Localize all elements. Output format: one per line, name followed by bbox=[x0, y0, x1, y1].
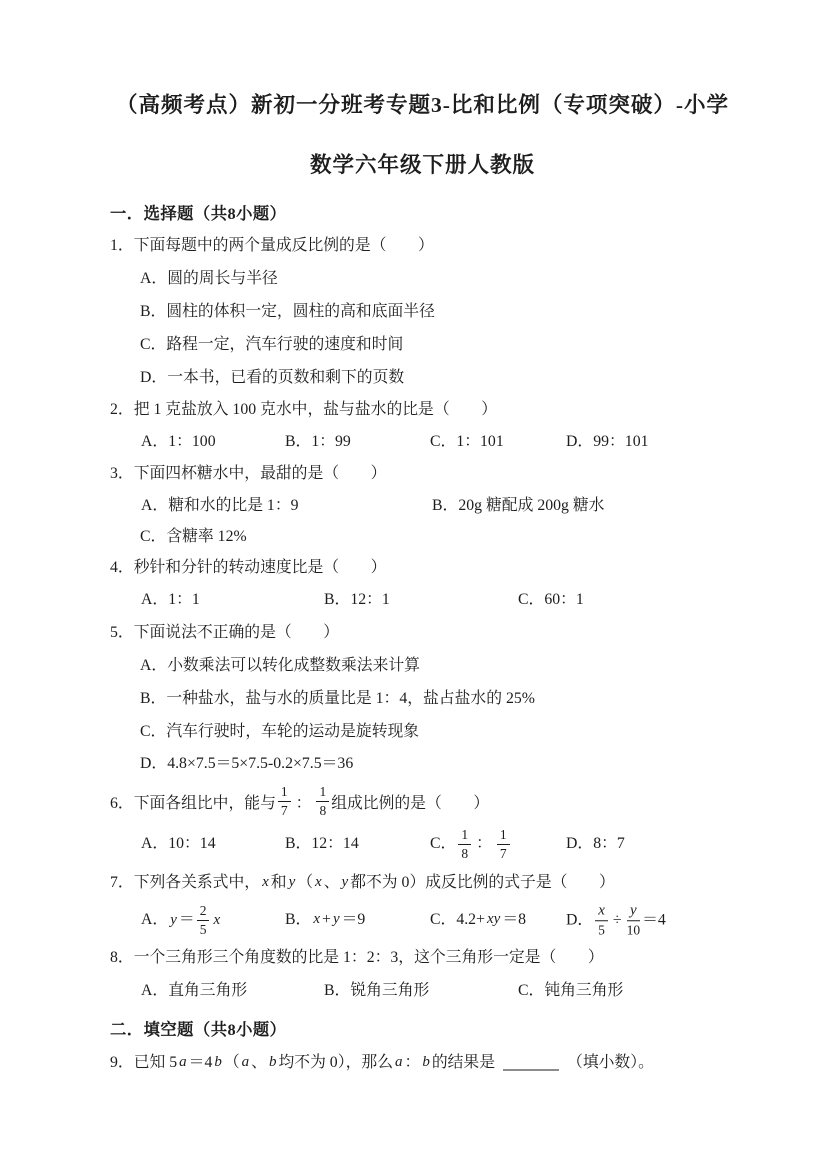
q2-stem: 2．把 1 克盐放入 100 克水中，盐与盐水的比是（ ） bbox=[110, 394, 735, 426]
q9-text: 的结果是 bbox=[432, 1046, 495, 1079]
fraction-1-8: 1 8 bbox=[316, 785, 329, 817]
variable-a: a bbox=[177, 1046, 189, 1079]
q7-option-d: D． x 5 ÷ y 10 ＝4 bbox=[566, 903, 666, 937]
fraction-denominator: 10 bbox=[627, 921, 641, 937]
q8-stem: 8．一个三角形三个角度数的比是 1：2：3，这个三角形一定是（ ） bbox=[110, 941, 735, 974]
q7-stem: 7．下列各关系式中， x 和 y （ x 、 y 都不为 0）成反比例的式子是（… bbox=[110, 866, 735, 899]
variable-y: y bbox=[331, 911, 342, 930]
plus-sign: + bbox=[322, 910, 331, 930]
variable-x: x bbox=[211, 911, 222, 930]
q1-option-b: B．圆柱的体积一定，圆柱的高和底面半径 bbox=[110, 295, 735, 328]
q9-text: 、 bbox=[251, 1046, 267, 1079]
variable-y: y bbox=[287, 866, 298, 899]
q6-option-c-label: C． bbox=[430, 834, 456, 854]
fraction-denominator: 5 bbox=[200, 921, 207, 937]
q6-stem: 6．下面各组比中，能与 1 7 ： 1 8 组成比例的是（ ） bbox=[110, 780, 735, 822]
q8-option-a: A．直角三角形 bbox=[141, 981, 247, 1001]
q3-option-b: B．20g 糖配成 200g 糖水 bbox=[432, 496, 604, 516]
fraction-numerator: 1 bbox=[497, 828, 510, 845]
q9-text: （ bbox=[224, 1046, 240, 1079]
variable-y: y bbox=[168, 911, 179, 930]
q7-options: A． y ＝ 2 5 x B． x + y ＝9 C．4.2+ xy ＝8 bbox=[110, 899, 735, 941]
q7-stem-text: 和 bbox=[271, 866, 287, 899]
q7-option-c-label: C．4.2+ bbox=[430, 910, 485, 930]
q1-option-c: C．路程一定，汽车行驶的速度和时间 bbox=[110, 328, 735, 361]
q5-option-b: B．一种盐水，盐与水的质量比是 1：4，盐占盐水的 25% bbox=[110, 682, 735, 715]
q2-option-d: D．99：101 bbox=[566, 432, 649, 452]
q6-option-c: C． 1 8 ： 1 7 bbox=[430, 828, 512, 860]
q4-option-c: C．60：1 bbox=[518, 590, 584, 610]
section-fill-header: 二．填空题（共8小题） bbox=[110, 1014, 735, 1046]
q8-option-b: B．锐角三角形 bbox=[324, 981, 429, 1001]
q7-stem-text: 、 bbox=[324, 866, 340, 899]
q5-option-c: C．汽车行驶时，车轮的运动是旋转现象 bbox=[110, 715, 735, 748]
q8-option-c: C．钝角三角形 bbox=[518, 981, 623, 1001]
fraction-denominator: 5 bbox=[598, 921, 605, 937]
q4-stem: 4．秒针和分针的转动速度比是（ ） bbox=[110, 552, 735, 584]
variable-x: x bbox=[260, 866, 271, 899]
fraction-1-8: 1 8 bbox=[458, 828, 471, 860]
q7-option-d-tail: ＝4 bbox=[642, 910, 666, 930]
fraction-2-5: 2 5 bbox=[197, 904, 210, 936]
q7-option-b: B． x + y ＝9 bbox=[285, 910, 365, 930]
q6-option-d: D．8：7 bbox=[566, 834, 625, 854]
fraction-denominator: 7 bbox=[500, 845, 507, 861]
fraction-numerator: x bbox=[595, 903, 608, 921]
division-sign: ÷ bbox=[610, 910, 625, 930]
q5-option-a: A．小数乘法可以转化成整数乘法来计算 bbox=[110, 649, 735, 682]
variable-a: a bbox=[393, 1046, 405, 1079]
variable-b: b bbox=[212, 1046, 224, 1079]
fraction-1-7: 1 7 bbox=[497, 828, 510, 860]
q6-options: A．10：14 B．12：14 C． 1 8 ： 1 7 D．8：7 bbox=[110, 822, 735, 866]
fraction-denominator: 7 bbox=[281, 802, 288, 818]
q6-ratio-colon: ： bbox=[293, 790, 315, 813]
equals-sign: ＝ bbox=[179, 910, 195, 930]
q5-option-d: D．4.8×7.5＝5×7.5-0.2×7.5＝36 bbox=[110, 748, 735, 780]
variable-b: b bbox=[267, 1046, 279, 1079]
q3-stem: 3．下面四杯糖水中，最甜的是（ ） bbox=[110, 458, 735, 490]
fraction-numerator: 1 bbox=[316, 785, 329, 802]
variable-a: a bbox=[240, 1046, 252, 1079]
q4-options: A．1：1 B．12：1 C．60：1 bbox=[110, 584, 735, 616]
q3-options-row-1: A．糖和水的比是 1：9 B．20g 糖配成 200g 糖水 bbox=[110, 490, 735, 521]
q1-option-a: A．圆的周长与半径 bbox=[110, 262, 735, 295]
doc-title-line-1: （高频考点）新初一分班考专题3-比和比例（专项突破）-小学 bbox=[110, 88, 735, 122]
q2-option-c: C．1：101 bbox=[430, 432, 504, 452]
q6-stem-text-pre: 6．下面各组比中，能与 bbox=[110, 790, 276, 813]
fraction-y-10: y 10 bbox=[627, 903, 641, 937]
q5-stem: 5．下面说法不正确的是（ ） bbox=[110, 616, 735, 649]
q6-option-b: B．12：14 bbox=[285, 834, 359, 854]
q7-option-a-label: A． bbox=[141, 910, 168, 930]
doc-title-line-2: 数学六年级下册人教版 bbox=[110, 148, 735, 182]
ratio-colon: ： bbox=[405, 1046, 421, 1079]
fraction-numerator: 1 bbox=[278, 785, 291, 802]
q3-option-a: A．糖和水的比是 1：9 bbox=[141, 496, 299, 516]
fraction-numerator: 2 bbox=[197, 904, 210, 921]
variable-x: x bbox=[313, 866, 324, 899]
q3-option-c: C．含糖率 12% bbox=[110, 521, 735, 552]
fraction-x-5: x 5 bbox=[595, 903, 608, 937]
q9-text: （填小数）。 bbox=[567, 1046, 654, 1079]
q7-option-d-label: D． bbox=[566, 910, 593, 930]
q2-options: A．1：100 B．1：99 C．1：101 D．99：101 bbox=[110, 426, 735, 458]
q9-text: 9．已知 5 bbox=[110, 1046, 177, 1079]
q6-option-c-colon: ： bbox=[473, 834, 495, 854]
variable-y: y bbox=[340, 866, 351, 899]
q7-stem-text: 都不为 0）成反比例的式子是（ ） bbox=[350, 866, 615, 899]
q9-line: 9．已知 5 a ＝4 b （ a 、 b 均不为 0），那么 a ： b 的结… bbox=[110, 1046, 735, 1079]
fraction-1-7: 1 7 bbox=[278, 785, 291, 817]
fraction-numerator: 1 bbox=[458, 828, 471, 845]
q7-option-b-label: B． bbox=[285, 910, 311, 930]
q7-stem-text: 7．下列各关系式中， bbox=[110, 866, 260, 899]
q9-answer-blank bbox=[503, 1054, 559, 1071]
q7-option-a: A． y ＝ 2 5 x bbox=[141, 904, 222, 936]
q1-option-d: D．一本书，已看的页数和剩下的页数 bbox=[110, 361, 735, 394]
q9-text: ＝4 bbox=[189, 1046, 213, 1079]
fraction-denominator: 8 bbox=[461, 845, 468, 861]
worksheet-page: （高频考点）新初一分班考专题3-比和比例（专项突破）-小学 数学六年级下册人教版… bbox=[0, 0, 827, 1169]
section-choice-header: 一．选择题（共8小题） bbox=[110, 198, 735, 230]
q7-option-c: C．4.2+ xy ＝8 bbox=[430, 910, 526, 930]
variable-x: x bbox=[311, 911, 322, 930]
q1-stem: 1．下面每题中的两个量成反比例的是（ ） bbox=[110, 230, 735, 262]
q6-stem-text-post: 组成比例的是（ ） bbox=[331, 790, 489, 813]
variable-b: b bbox=[420, 1046, 432, 1079]
fraction-numerator: y bbox=[627, 903, 640, 921]
q7-option-c-tail: ＝8 bbox=[502, 910, 526, 930]
q9-text: 均不为 0），那么 bbox=[278, 1046, 393, 1079]
variable-xy: xy bbox=[485, 911, 502, 930]
page-content: （高频考点）新初一分班考专题3-比和比例（专项突破）-小学 数学六年级下册人教版… bbox=[110, 88, 735, 1079]
q7-stem-text: （ bbox=[297, 866, 313, 899]
q6-option-a: A．10：14 bbox=[141, 834, 216, 854]
q8-options: A．直角三角形 B．锐角三角形 C．钝角三角形 bbox=[110, 974, 735, 1007]
q7-option-b-tail: ＝9 bbox=[342, 910, 366, 930]
q4-option-a: A．1：1 bbox=[141, 590, 200, 610]
fraction-denominator: 8 bbox=[319, 802, 326, 818]
q2-option-a: A．1：100 bbox=[141, 432, 216, 452]
q2-option-b: B．1：99 bbox=[285, 432, 351, 452]
q4-option-b: B．12：1 bbox=[324, 590, 390, 610]
